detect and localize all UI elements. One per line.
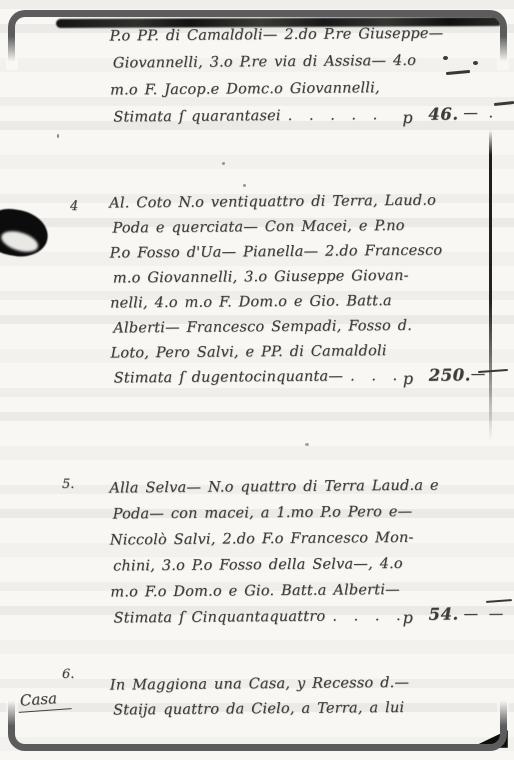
frame-fade [497,692,509,726]
valuation-dash: — [471,362,488,387]
valuation-line: Stimata ſ Cinquantaquattro. . . . p 54. … [110,602,456,631]
manuscript-entry: Alla Selva— N.o quattro di Terra Laud.a … [109,472,456,631]
manuscript-line: nelli, 4.o m.o F. Dom.o e Gio. Batt.a [110,288,456,316]
valuation-amount: 54. [428,601,458,627]
valuation-line: Stimata ſ dugentocinquanta—. . . p 250. … [111,363,457,391]
valuation-line: Stimata ſ quarantasei. . . . . p 46. — . [110,101,456,131]
valuation-amount: 250. [429,362,471,387]
valuation-amount: 46. [428,100,458,127]
manuscript-line: m.o F. Jacop.e Domc.o Giovannelli, [110,74,456,104]
margin-item-number: 5. [62,477,74,492]
valuation-text: Stimata ſ quarantasei [113,108,281,125]
leader-dots: . . . [350,368,402,384]
ink-speck [57,134,59,138]
page-edge-line-artifact [489,130,492,440]
currency-symbol: p [403,366,414,391]
valuation-dash: — . [463,100,495,127]
manuscript-line: Loto, Pero Salvi, e PP. di Camaldoli [110,338,456,366]
valuation-text: Stimata ſ Cinquantaquattro [114,609,326,627]
manuscript-line: Poda e querciata— Con Macei, e P.no [109,213,455,241]
valuation-dash: — — [463,601,505,627]
manuscript-line: m.o F.o Dom.o e Gio. Batt.a Alberti— [110,576,456,605]
manuscript-line: chini, 3.o P.o Fosso della Selva—, 4.o [110,550,456,579]
manuscript-line: In Maggiona una Casa, y Recesso d.— [110,670,456,698]
manuscript-line: Alberti— Francesco Sempadi, Fosso d. [110,313,456,341]
ink-speck [243,184,246,187]
margin-item-number: 4 [70,199,78,214]
frame-border-top [8,10,507,67]
manuscript-line: Poda— con macei, a 1.mo P.o Pero e— [110,498,456,527]
valuation-text: Stimata ſ dugentocinquanta— [114,368,343,386]
manuscript-line: Al. Coto N.o ventiquattro di Terra, Laud… [109,188,455,216]
ink-speck [305,443,309,446]
manuscript-line: P.o Fosso d'Ua— Pianella— 2.do Francesco [110,238,456,266]
manuscript-line: Alla Selva— N.o quattro di Terra Laud.a … [109,472,455,501]
frame-fade [6,36,18,70]
margin-item-number: 6. [62,667,74,682]
currency-symbol: p [402,104,413,131]
currency-symbol: p [402,605,413,631]
manuscript-line: Niccolò Salvi, 2.do F.o Francesco Mon- [110,524,456,553]
ink-speck [222,162,225,165]
frame-border-bottom [8,700,507,751]
manuscript-entry: Al. Coto N.o ventiquattro di Terra, Laud… [109,188,457,391]
scanned-document-page: 4 5. 6. Casa P.o PP. di Camaldoli— 2.do … [0,0,514,760]
manuscript-line: m.o Giovannelli, 3.o Giuseppe Giovan- [110,263,456,291]
leader-dots: . . . . . [288,107,383,124]
leader-dots: . . . . [332,608,405,625]
frame-fade [497,36,509,70]
frame-fade [6,692,18,726]
